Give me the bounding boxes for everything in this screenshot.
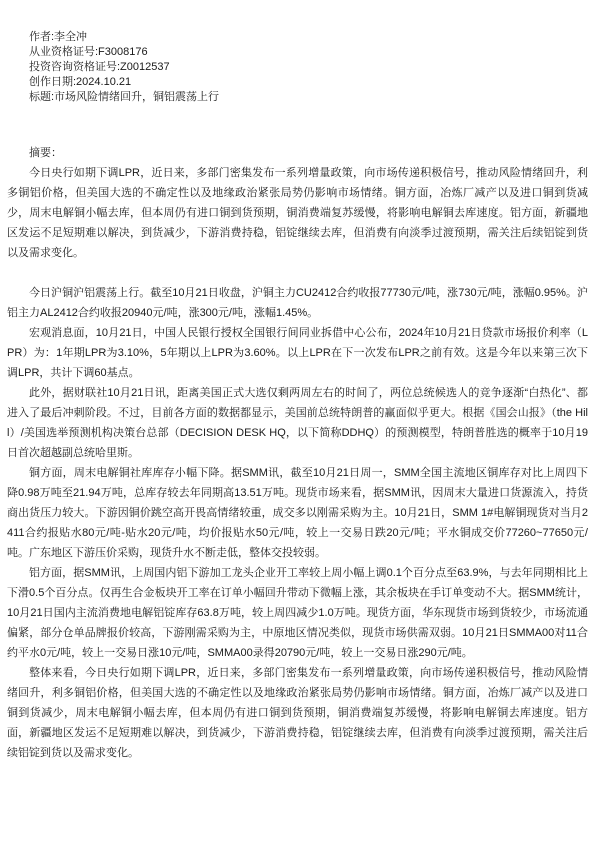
paragraph-macro-news: 宏观消息面，10月21日，中国人民银行授权全国银行间同业拆借中心公布，2024年… bbox=[7, 323, 588, 383]
paragraph-aluminum: 铝方面，据SMM讯，上周国内铝下游加工龙头企业开工率较上周小幅上调0.1个百分点… bbox=[7, 563, 588, 663]
document-title-line: 标题:市场风险情绪回升，铜铝震荡上行 bbox=[7, 90, 588, 105]
advisory-cert-line: 投资咨询资格证号:Z0012537 bbox=[7, 60, 588, 75]
abstract-paragraph: 今日央行如期下调LPR，近日来，多部门密集发布一系列增量政策，向市场传递积极信号… bbox=[7, 163, 588, 263]
paragraph-overall-outlook: 整体来看，今日央行如期下调LPR，近日来，多部门密集发布一系列增量政策，向市场传… bbox=[7, 663, 588, 763]
document-page: 作者:李全冲 从业资格证号:F3008176 投资咨询资格证号:Z0012537… bbox=[0, 0, 595, 842]
author-line: 作者:李全冲 bbox=[7, 30, 588, 45]
creation-date-line: 创作日期:2024.10.21 bbox=[7, 75, 588, 90]
document-header: 作者:李全冲 从业资格证号:F3008176 投资咨询资格证号:Z0012537… bbox=[7, 30, 588, 105]
practice-cert-line: 从业资格证号:F3008176 bbox=[7, 45, 588, 60]
paragraph-copper: 铜方面，周末电解铜社库库存小幅下降。据SMM讯，截至10月21日周一，SMM全国… bbox=[7, 463, 588, 563]
abstract-label: 摘要： bbox=[7, 143, 588, 163]
document-body: 摘要： 今日央行如期下调LPR，近日来，多部门密集发布一系列增量政策，向市场传递… bbox=[7, 143, 588, 763]
paragraph-market-review: 今日沪铜沪铝震荡上行。截至10月21日收盘，沪铜主力CU2412合约收报7773… bbox=[7, 283, 588, 323]
paragraph-us-election: 此外，据财联社10月21日讯，距离美国正式大选仅剩两周左右的时间了，两位总统候选… bbox=[7, 383, 588, 463]
